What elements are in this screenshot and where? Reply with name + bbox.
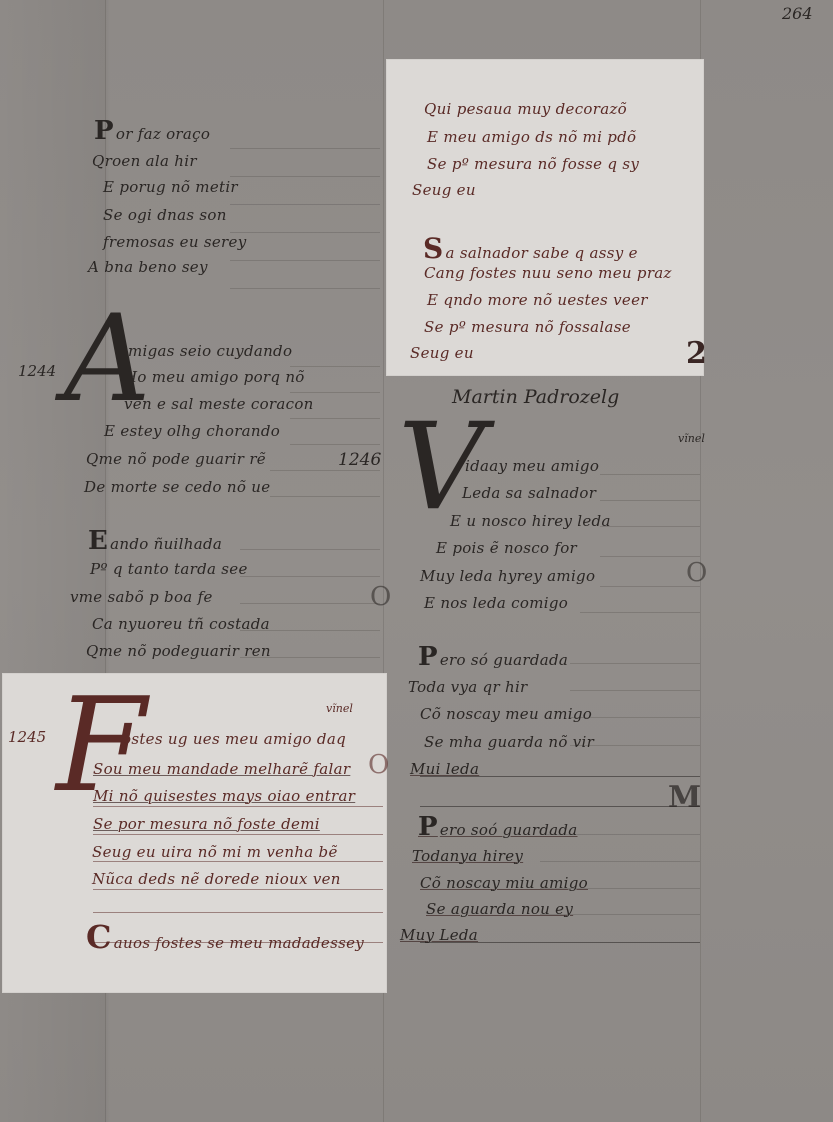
verse-line: Mi nõ quisestes mays oiao entrar <box>93 787 355 805</box>
verse-line: Mui leda <box>410 760 479 778</box>
verse-line: Sa salnador sabe q assy e <box>423 232 638 265</box>
margin-mark: 2 <box>686 336 707 371</box>
verse-text: ero só guardada <box>440 651 568 669</box>
verse-line: Nũca deds nẽ dorede nioux ven <box>92 870 341 888</box>
stanza-initial: S <box>423 232 444 265</box>
verse-line: Ca nyuoreu tñ costada <box>92 615 270 633</box>
verse-line: E u nosco hirey leda <box>450 512 611 530</box>
verse-line: Se por mesura nõ foste demi <box>93 815 320 833</box>
stanza-initial: C <box>86 918 112 956</box>
verse-line: Se aguarda nou ey <box>426 900 573 918</box>
verse-line: Qme nõ podeguarir ren <box>86 642 271 660</box>
verse-line: Muy Leda <box>400 926 478 944</box>
margin-number: 1245 <box>8 728 46 746</box>
verse-line: Pº q tanto tarda see <box>90 560 248 578</box>
verse-line: Seug eu uira nõ mi m venha bẽ <box>92 843 338 861</box>
margin-mark: O <box>370 582 391 612</box>
verse-line: fremosas eu serey <box>103 233 246 251</box>
verse-line: Eando ñuilhada <box>88 526 222 556</box>
verse-line: Pero soó guardada <box>418 812 578 842</box>
verse-line: E nos leda comigo <box>424 594 568 612</box>
verse-line: Muy leda hyrey amigo <box>420 567 595 585</box>
verse-line: Se pº mesura nõ fossalase <box>424 318 631 336</box>
verse-line: E pois ẽ nosco for <box>436 539 577 557</box>
margin-note: vĩnel <box>678 432 705 445</box>
verse-line: Seug eu <box>412 181 476 199</box>
verse-line: idaay meu amigo <box>465 457 599 475</box>
stanza-initial: P <box>418 642 438 672</box>
stanza-initial: P <box>418 812 438 842</box>
verse-line: Cõ noscay meu amigo <box>420 705 592 723</box>
verse-line: E estey olhg chorando <box>104 422 280 440</box>
verse-line: ostes ug ues meu amigo daq <box>122 730 346 748</box>
verse-line: Cauos fostes se meu madadessey <box>86 918 364 956</box>
verse-line: vme sabõ p boa fe <box>70 588 213 606</box>
verse-line: Sou meu mandade melharẽ falar <box>93 760 350 778</box>
margin-note: vĩnel <box>326 702 353 715</box>
verse-line: ven e sal meste coracon <box>124 395 314 413</box>
manuscript-page: 264 PPor faz oraçoor faz oraço Qroen ala… <box>0 0 833 1122</box>
margin-mark: O <box>686 558 707 588</box>
verse-text: ando ñuilhada <box>110 535 222 553</box>
verse-text: ero soó guardada <box>440 821 578 839</box>
verse-line: migas seio cuydando <box>128 342 292 360</box>
verse-line: E porug nõ metir <box>103 178 238 196</box>
verse-line: Cõ noscay miu amigo <box>420 874 588 892</box>
verse-text: a salnador sabe q assy e <box>446 244 638 262</box>
margin-number: 1246 <box>338 450 381 470</box>
verse-text: auos fostes se meu madadessey <box>114 934 364 952</box>
verse-line: PPor faz oraçoor faz oraço <box>94 116 210 146</box>
margin-mark: M <box>668 780 701 815</box>
verse-text: or faz oraço <box>116 125 210 143</box>
verse-line: E meu amigo ds nõ mi pdõ <box>427 128 636 146</box>
verse-line: Todanya hirey <box>412 847 523 865</box>
verse-line: Qui pesaua muy decorazõ <box>424 100 627 118</box>
verse-line: Se mha guarda nõ vir <box>424 733 594 751</box>
margin-mark: O <box>368 750 389 780</box>
verse-line: Toda vya qr hir <box>408 678 528 696</box>
stanza-initial: E <box>88 526 108 556</box>
verse-line: Qroen ala hir <box>92 152 197 170</box>
margin-number: 1244 <box>18 362 56 380</box>
verse-line: Leda sa salnador <box>462 484 596 502</box>
verse-line: Cang fostes nuu seno meu praz <box>424 264 672 282</box>
verse-line: A bna beno sey <box>88 258 208 276</box>
verse-line: Seug eu <box>410 344 474 362</box>
verse-line: Qme nõ pode guarir rẽ <box>86 450 266 468</box>
verse-line: De morte se cedo nõ ue <box>84 478 270 496</box>
verse-line: Ho meu amigo porq nõ <box>124 368 305 386</box>
verse-line: Se ogi dnas son <box>103 206 227 224</box>
page-number: 264 <box>782 4 813 23</box>
verse-line: E qndo more nõ uestes veer <box>427 291 648 309</box>
verse-line: Pero só guardada <box>418 642 568 672</box>
verse-line: Se pº mesura nõ fosse q sy <box>427 155 639 173</box>
